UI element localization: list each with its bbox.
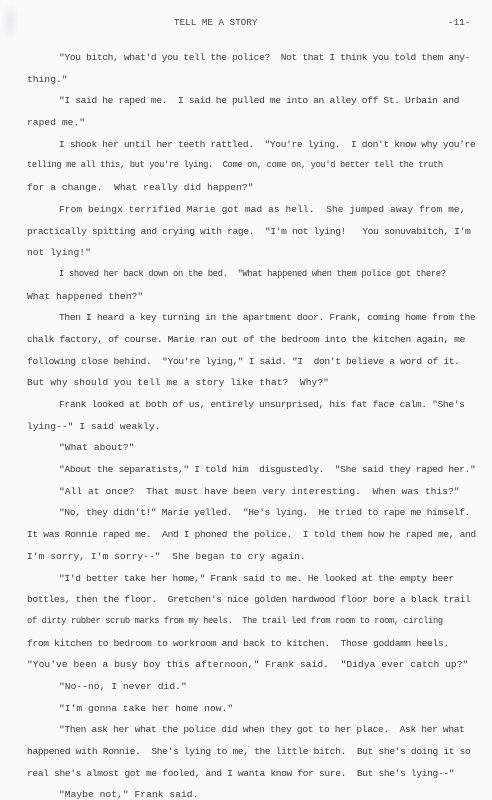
text-line: From beingx terrified Marie got mad as h… <box>27 199 477 221</box>
text-line: "I'm gonna take her home now." <box>27 698 477 720</box>
text-line: happened with Ronnie. She's lying to me,… <box>27 741 477 763</box>
text-line: chalk factory, of course. Marie ran out … <box>27 329 477 351</box>
text-line: I shook her until her teeth rattled. "Yo… <box>27 134 477 156</box>
text-line: "I said he raped me. I said he pulled me… <box>27 90 477 112</box>
text-line: "You bitch, what'd you tell the police? … <box>27 47 477 69</box>
text-line: "Then ask her what the police did when t… <box>27 719 477 741</box>
text-line: "No, they didn't!" Marie yelled. "He's l… <box>27 502 477 524</box>
text-line: "No--no, I never did." <box>27 676 477 698</box>
text-line: "What about?" <box>27 437 477 459</box>
text-line: Then I heard a key turning in the apartm… <box>27 307 477 329</box>
text-line: But why should you tell me a story like … <box>27 372 477 394</box>
text-line: of dirty rubber scrub marks from my heel… <box>27 611 477 633</box>
text-line: I shoved her back down on the bed. "What… <box>27 264 477 286</box>
text-line: I'm sorry, I'm sorry--" She began to cry… <box>27 546 477 568</box>
story-title: TELL ME A STORY <box>174 17 257 28</box>
text-line: "About the separatists," I told him disg… <box>27 459 477 481</box>
text-line: real she's almost got me fooled, and I w… <box>27 763 477 785</box>
text-line: following close behind. "You're lying," … <box>27 351 477 373</box>
page-body: "You bitch, what'd you tell the police? … <box>27 47 477 800</box>
text-line: "All at once? That must have been very i… <box>27 481 477 503</box>
text-line: raped me." <box>27 112 477 134</box>
text-line: It was Ronnie raped me. And I phoned the… <box>27 524 477 546</box>
text-line: "I'd better take her home," Frank said t… <box>27 568 477 590</box>
typewritten-page: TELL ME A STORY -11- "You bitch, what'd … <box>0 0 492 800</box>
text-line: from kitchen to bedroom to workroom and … <box>27 633 477 655</box>
page-number: -11- <box>448 17 470 28</box>
text-line: "Maybe not," Frank said. <box>27 784 477 800</box>
text-line: Frank looked at both of us, entirely uns… <box>27 394 477 416</box>
text-line: bottles, then the floor. Gretchen's nice… <box>27 589 477 611</box>
text-line: for a change. What really did happen?" <box>27 177 477 199</box>
text-line: thing." <box>27 69 477 91</box>
text-line: "You've been a busy boy this afternoon,"… <box>27 654 477 676</box>
text-line: What happened then?" <box>27 286 477 308</box>
page-header: TELL ME A STORY -11- <box>0 17 492 31</box>
text-line: lying--" I said weakly. <box>27 416 477 438</box>
text-line: practically spitting and crying with rag… <box>27 221 477 243</box>
text-line: telling me all this, but you're lying. C… <box>27 155 477 177</box>
text-line: not lying!" <box>27 242 477 264</box>
